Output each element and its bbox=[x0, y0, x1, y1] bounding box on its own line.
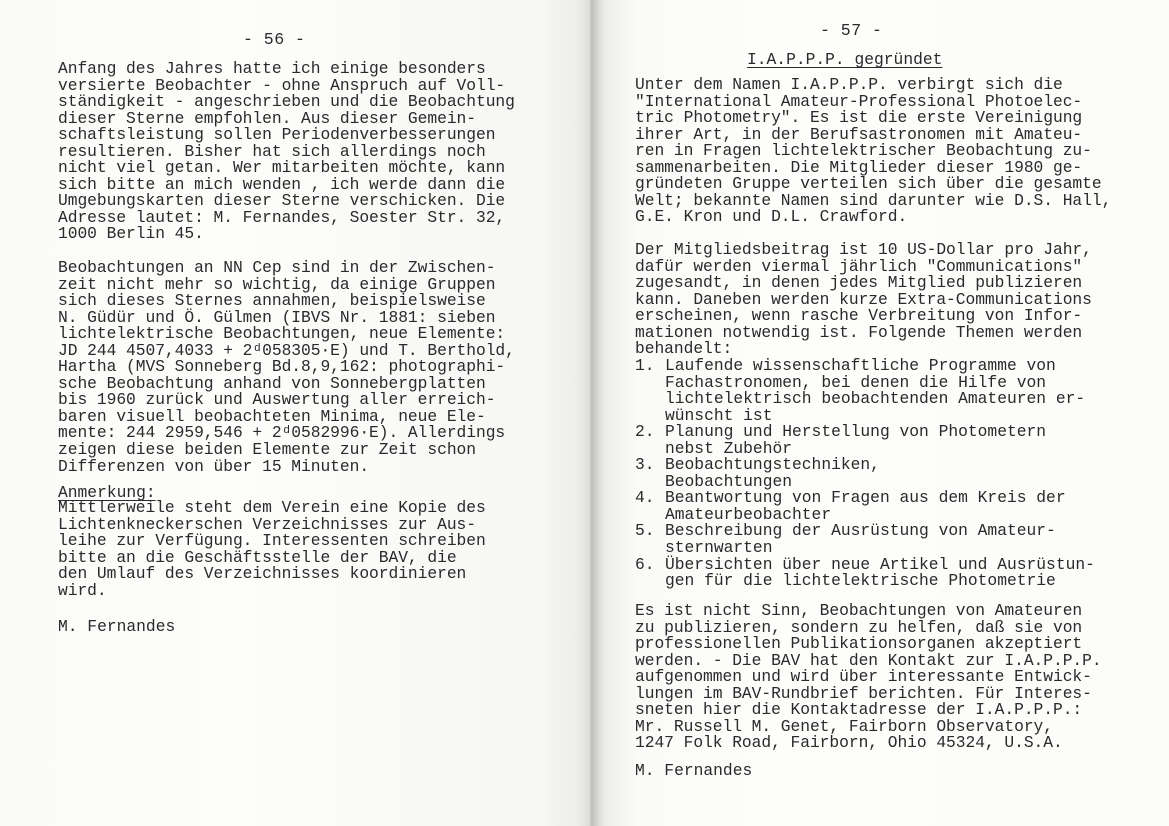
list-item: 1.Laufende wissenschaftliche Programme v… bbox=[635, 358, 1095, 424]
list-item-number: 3. bbox=[635, 457, 665, 474]
list-item-text: Übersichten über neue Artikel und Ausrüs… bbox=[665, 557, 1095, 590]
text-line: 1000 Berlin 45. bbox=[58, 226, 515, 243]
paragraph-intro: Unter dem Namen I.A.P.P.P. verbirgt sich… bbox=[635, 77, 1111, 226]
note-body: Mittlerweile steht dem Verein eine Kopie… bbox=[58, 500, 486, 599]
list-item-text: Laufende wissenschaftliche Programme von… bbox=[665, 358, 1085, 424]
signature: M. Fernandes bbox=[635, 761, 752, 780]
page-57: - 57 - I.A.P.P.P. gegründet Unter dem Na… bbox=[590, 0, 1169, 826]
paragraph-nominations: Anfang des Jahres hatte ich einige beson… bbox=[58, 61, 515, 243]
article-title: I.A.P.P.P. gegründet bbox=[747, 50, 942, 69]
list-item-text: Beobachtungstechniken,Beobachtungen bbox=[665, 457, 880, 490]
page-number: - 57 - bbox=[820, 21, 882, 40]
list-item: 2.Planung und Herstellung von Photometer… bbox=[635, 424, 1095, 457]
text-line: 1247 Folk Road, Fairborn, Ohio 45324, U.… bbox=[635, 735, 1102, 752]
paragraph-membership: Der Mitgliedsbeitrag ist 10 US-Dollar pr… bbox=[635, 242, 1092, 358]
list-item-number: 6. bbox=[635, 557, 665, 574]
paragraph-nn-cep: Beobachtungen an NN Cep sind in der Zwis… bbox=[58, 260, 515, 475]
list-item-number: 5. bbox=[635, 523, 665, 540]
list-item-number: 2. bbox=[635, 424, 665, 441]
text-line: den Umlauf des Verzeichnisses koordinier… bbox=[58, 566, 486, 583]
list-item: 6.Übersichten über neue Artikel und Ausr… bbox=[635, 557, 1095, 590]
topics-list: 1.Laufende wissenschaftliche Programme v… bbox=[635, 358, 1095, 590]
paragraph-contact: Es ist nicht Sinn, Beobachtungen von Ama… bbox=[635, 603, 1102, 752]
list-item: 4.Beantwortung von Fragen aus dem Kreis … bbox=[635, 490, 1095, 523]
list-item-number: 1. bbox=[635, 358, 665, 375]
text-line: wird. bbox=[58, 583, 486, 600]
text-line: Differenzen von über 15 Minuten. bbox=[58, 459, 515, 476]
binding-fold bbox=[578, 0, 604, 826]
page-56: - 56 - Anfang des Jahres hatte ich einig… bbox=[0, 0, 590, 826]
list-item-text: Planung und Herstellung von Photometernn… bbox=[665, 424, 1046, 457]
page-number: - 56 - bbox=[243, 30, 305, 49]
list-item-text: Beschreibung der Ausrüstung von Amateur-… bbox=[665, 523, 1056, 556]
scanned-page-spread: - 56 - Anfang des Jahres hatte ich einig… bbox=[0, 0, 1169, 826]
text-line: G.E. Kron und D.L. Crawford. bbox=[635, 209, 1111, 226]
list-item: 5.Beschreibung der Ausrüstung von Amateu… bbox=[635, 523, 1095, 556]
list-item: 3.Beobachtungstechniken,Beobachtungen bbox=[635, 457, 1095, 490]
list-item-text: Beantwortung von Fragen aus dem Kreis de… bbox=[665, 490, 1066, 523]
signature: M. Fernandes bbox=[58, 617, 175, 636]
list-item-number: 4. bbox=[635, 490, 665, 507]
